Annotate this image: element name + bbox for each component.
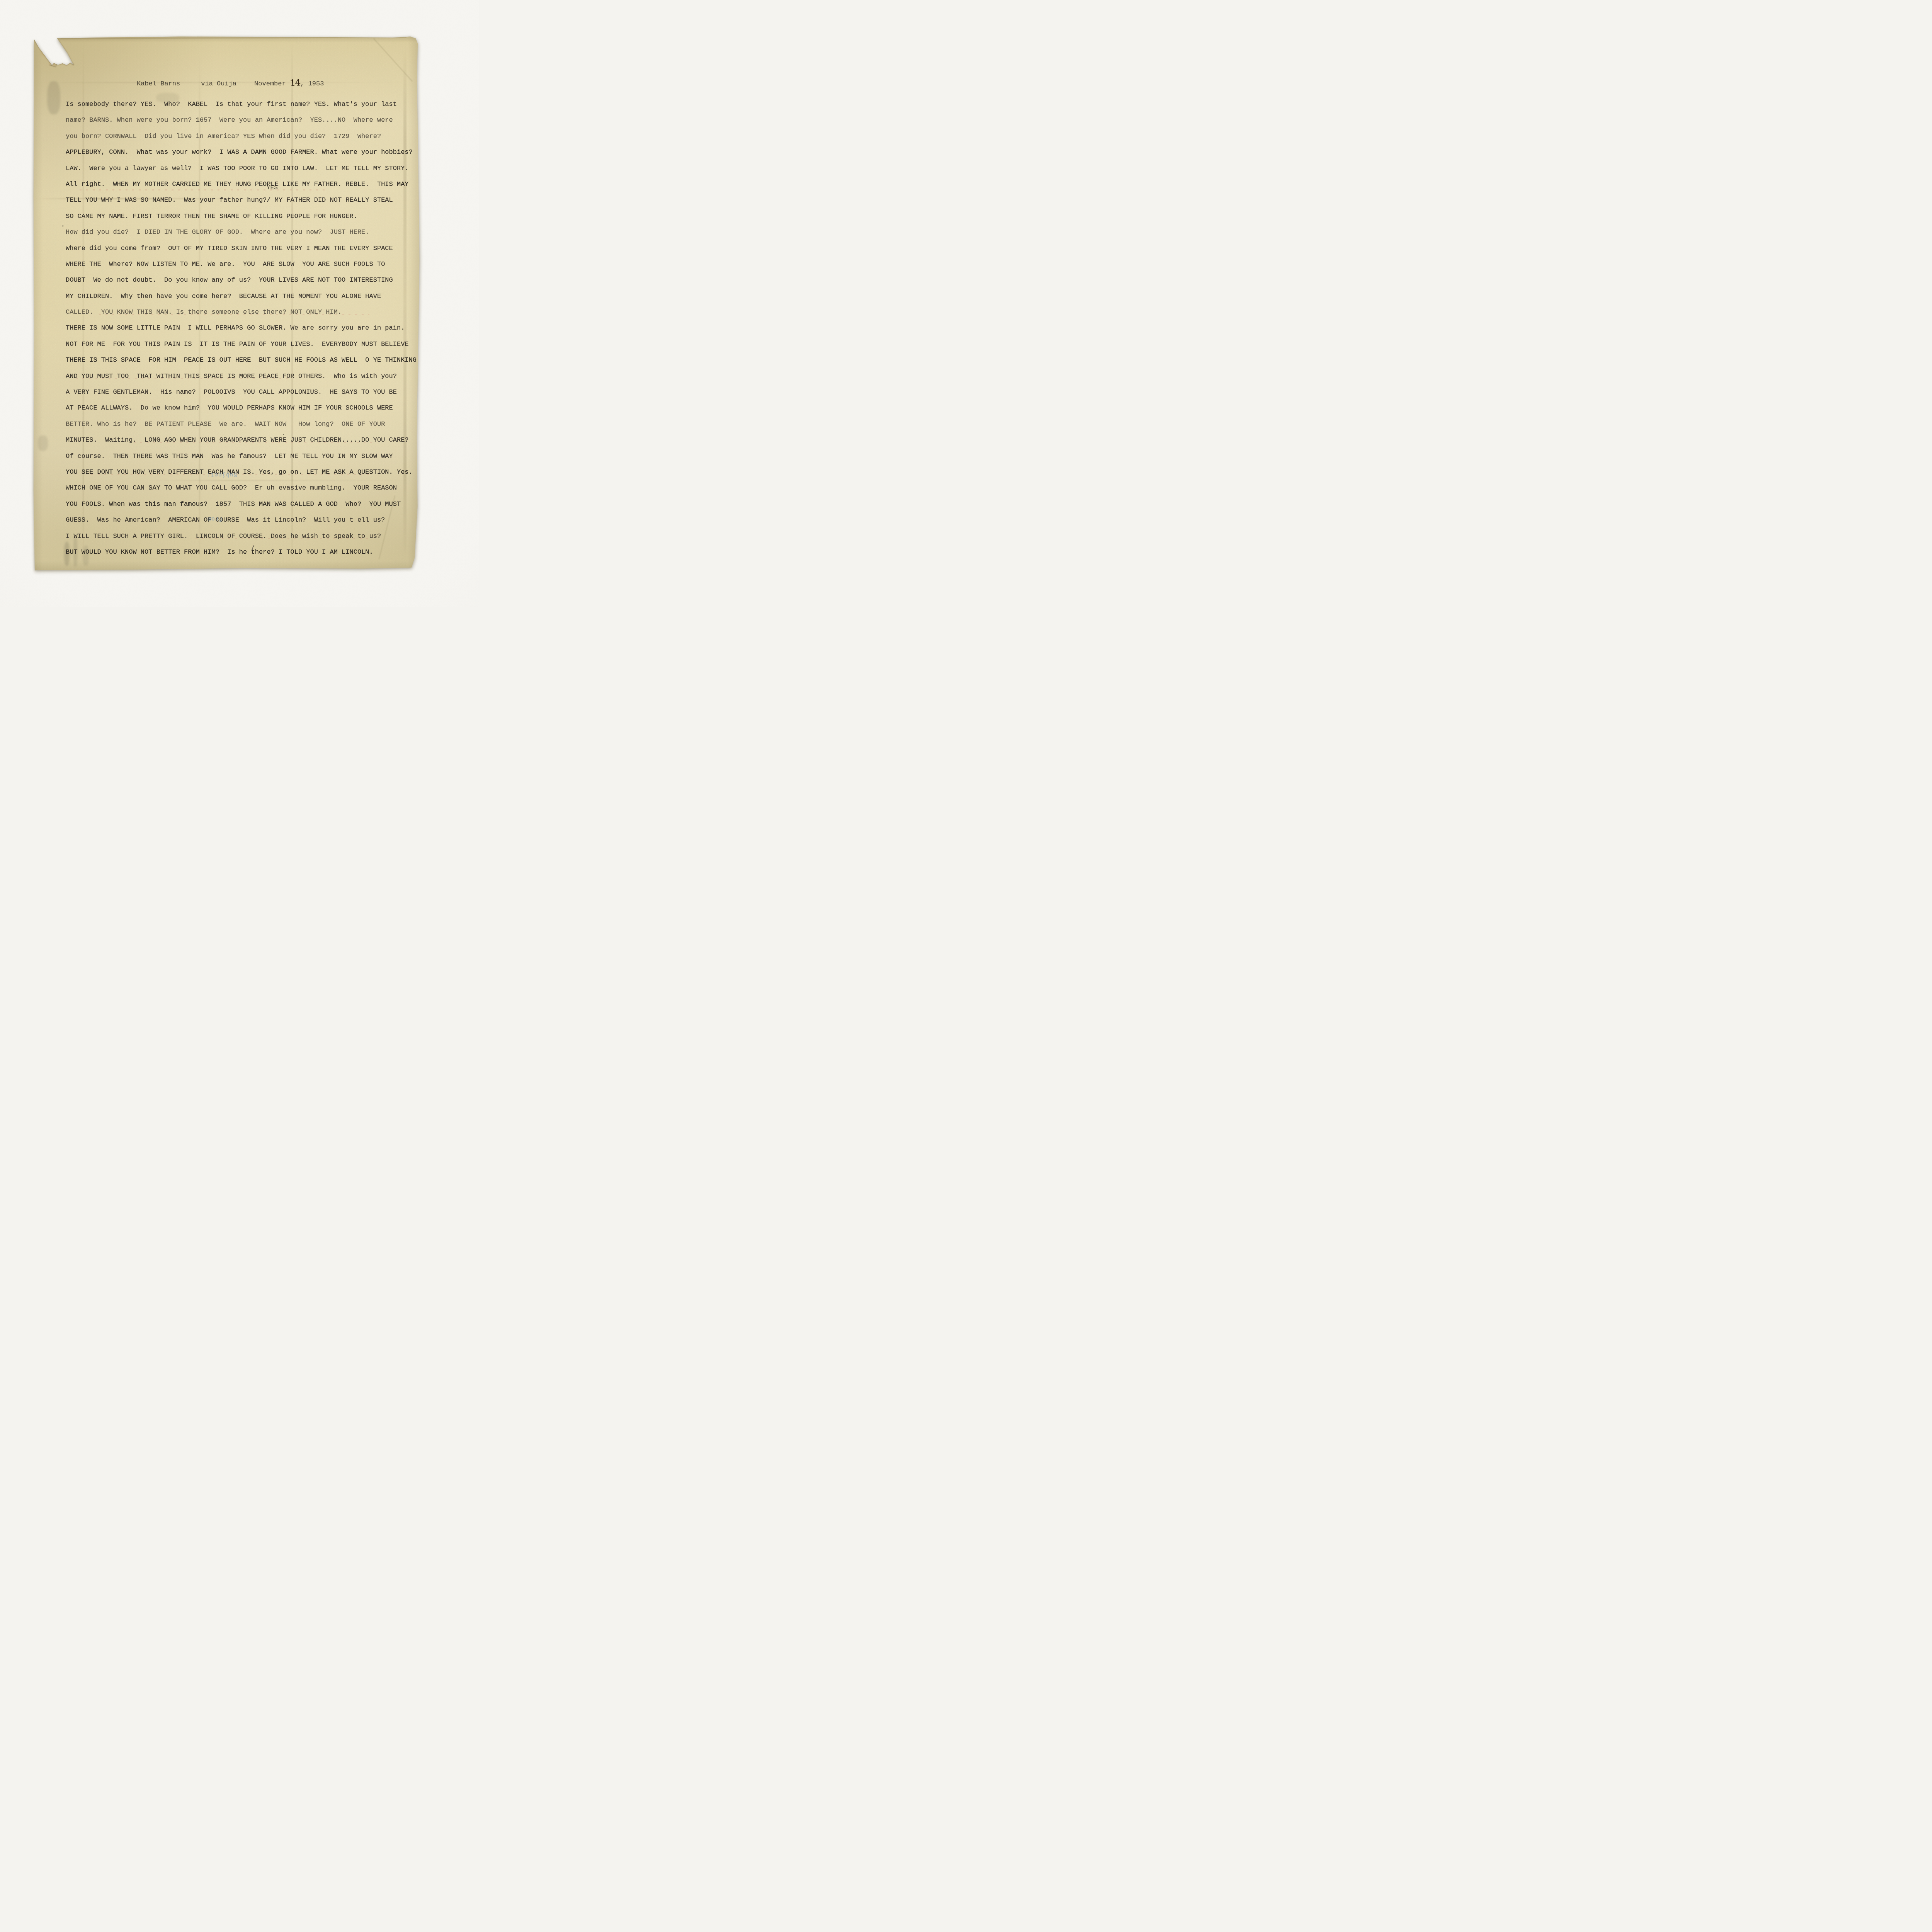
typed-line: SO CAME MY NAME. FIRST TERROR THEN THE S… — [66, 209, 417, 224]
typed-line: YOU FOOLS. When was this man famous? 185… — [66, 497, 417, 512]
ghost-text-from: from — [207, 515, 223, 522]
typed-line: How did you die? I DIED IN THE GLORY OF … — [66, 224, 417, 240]
header-month: November — [254, 80, 290, 88]
typed-line: APPLEBURY, CONN. What was your work? I W… — [66, 145, 417, 160]
transcript-body: Is somebody there? YES. Who? KABEL Is th… — [66, 97, 417, 560]
typed-line: I WILL TELL SUCH A PRETTY GIRL. LINCOLN … — [66, 529, 417, 544]
typed-line: AT PEACE ALLWAYS. Do we know him? YOU WO… — [66, 400, 417, 416]
document-page: Kabel Barnsvia OuijaNovember 14, 1953 Is… — [33, 36, 420, 571]
typed-line: DOUBT We do not doubt. Do you know any o… — [66, 272, 417, 288]
paper-sheet: Kabel Barnsvia OuijaNovember 14, 1953 Is… — [0, 0, 479, 607]
typed-line: AND YOU MUST TOO THAT WITHIN THIS SPACE … — [66, 369, 417, 384]
header-author: Kabel Barns — [137, 80, 180, 88]
typed-line: BETTER. Who is he? BE PATIENT PLEASE We … — [66, 417, 417, 432]
typed-line: name? BARNS. When were you born? 1657 We… — [66, 112, 417, 128]
stray-apostrophe: ' — [61, 224, 65, 231]
typed-line: CALLED. YOU KNOW THIS MAN. Is there some… — [66, 304, 417, 320]
overstrike-slash: / — [251, 544, 255, 551]
ink-specks — [33, 36, 34, 37]
typed-line: MINUTES. Waiting. LONG AGO WHEN YOUR GRA… — [66, 432, 417, 448]
typed-line: MY CHILDREN. Why then have you come here… — [66, 289, 417, 304]
typed-line: BUT WOULD YOU KNOW NOT BETTER FROM HIM? … — [66, 544, 417, 560]
typewritten-text-layer: Kabel Barnsvia OuijaNovember 14, 1953 Is… — [33, 36, 420, 571]
typed-line: NOT FOR ME FOR YOU THIS PAIN IS IT IS TH… — [66, 337, 417, 352]
typed-line: Where did you come from? OUT OF MY TIRED… — [66, 241, 417, 257]
typed-line: Of course. THEN THERE WAS THIS MAN Was h… — [66, 449, 417, 464]
typed-line: WHERE THE Where? NOW LISTEN TO ME. We ar… — [66, 257, 417, 272]
typed-line: YOU SEE DONT YOU HOW VERY DIFFERENT EACH… — [66, 464, 417, 480]
typed-line: WHICH ONE OF YOU CAN SAY TO WHAT YOU CAL… — [66, 480, 417, 496]
typed-line: A VERY FINE GENTLEMAN. His name? POLOOIV… — [66, 384, 417, 400]
header-via-ouija: via Ouija — [201, 80, 236, 88]
header-year: , 1953 — [300, 80, 324, 88]
typed-line: THERE IS NOW SOME LITTLE PAIN I WILL PER… — [66, 320, 417, 336]
interline-yes-note: YES — [267, 184, 278, 191]
typed-line: THERE IS THIS SPACE FOR HIM PEACE IS OUT… — [66, 352, 417, 368]
typed-line: you born? CORNWALL Did you live in Ameri… — [66, 129, 417, 145]
typed-line: TELL YOU WHY I WAS SO NAMED. Was your fa… — [66, 192, 417, 208]
document-header: Kabel Barnsvia OuijaNovember 14, 1953 — [97, 70, 324, 95]
typed-line: LAW. Were you a lawyer as well? I WAS TO… — [66, 161, 417, 177]
typed-line: All right. WHEN MY MOTHER CARRIED ME THE… — [66, 177, 417, 192]
handwritten-day: 14 — [289, 78, 301, 88]
typed-line: Is somebody there? YES. Who? KABEL Is th… — [66, 97, 417, 112]
scanner-background: Kabel Barnsvia OuijaNovember 14, 1953 Is… — [0, 0, 479, 607]
typed-line: GUESS. Was he American? AMERICAN OF COUR… — [66, 512, 417, 528]
ghost-text-subject: Subject: — [206, 471, 237, 478]
